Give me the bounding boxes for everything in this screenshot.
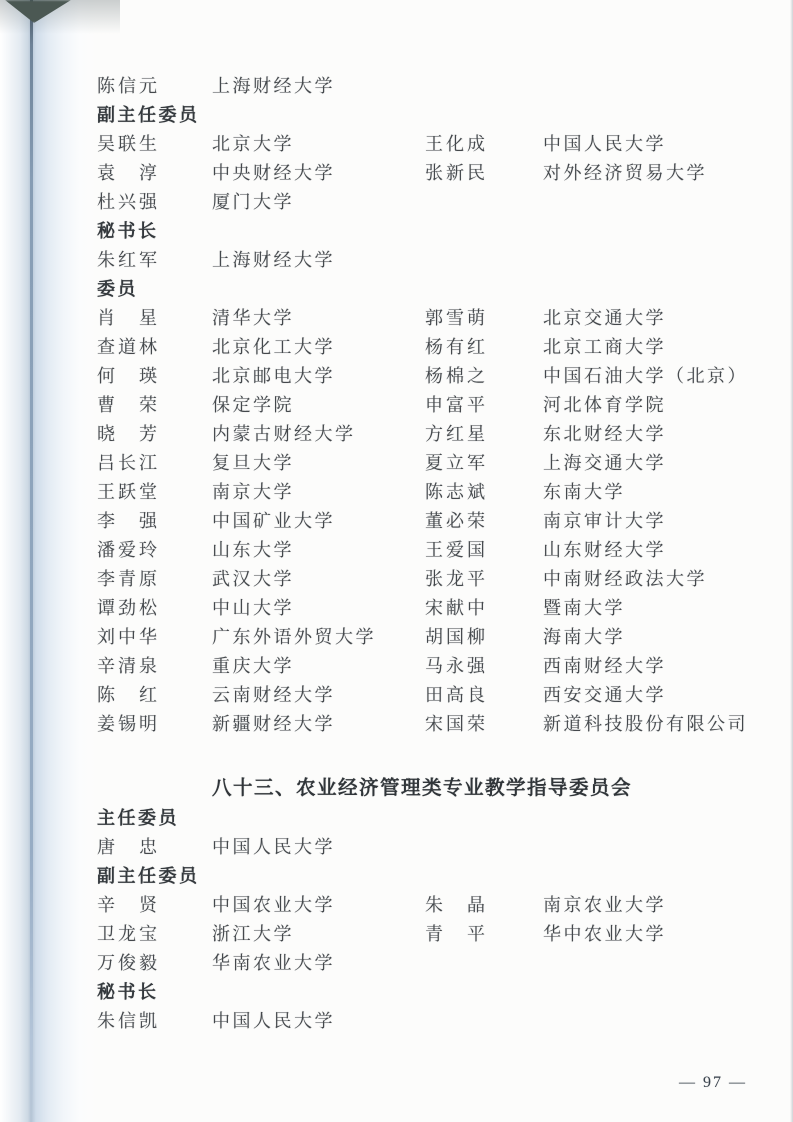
member-name: 田高良 xyxy=(425,681,488,710)
member-name: 袁 淳 xyxy=(97,159,160,188)
member-row: 卫龙宝浙江大学青 平华中农业大学 xyxy=(97,920,757,949)
page-number: — 97 — xyxy=(679,1074,747,1092)
role-heading-row: 主任委员 xyxy=(97,804,757,833)
member-name: 杜兴强 xyxy=(97,188,160,217)
member-affiliation: 新道科技股份有限公司 xyxy=(543,710,748,739)
member-row: 晓 芳内蒙古财经大学方红星东北财经大学 xyxy=(97,420,757,449)
member-affiliation: 中央财经大学 xyxy=(212,159,335,188)
member-affiliation: 南京农业大学 xyxy=(543,891,666,920)
committee-listing: 陈信元上海财经大学副主任委员吴联生北京大学王化成中国人民大学袁 淳中央财经大学张… xyxy=(97,72,757,1036)
member-row: 谭劲松中山大学宋献中暨南大学 xyxy=(97,594,757,623)
member-affiliation: 华南农业大学 xyxy=(212,949,335,978)
member-name: 王爱国 xyxy=(425,536,488,565)
member-affiliation: 保定学院 xyxy=(212,391,294,420)
member-affiliation: 浙江大学 xyxy=(212,920,294,949)
member-name: 李青原 xyxy=(97,565,160,594)
member-name: 吕长江 xyxy=(97,449,160,478)
member-name: 张新民 xyxy=(425,159,488,188)
member-row: 肖 星清华大学郭雪萌北京交通大学 xyxy=(97,304,757,333)
member-affiliation: 中山大学 xyxy=(212,594,294,623)
role-heading-row: 委员 xyxy=(97,275,757,304)
member-affiliation: 上海财经大学 xyxy=(212,246,335,275)
role-label: 主任委员 xyxy=(97,804,179,833)
member-affiliation: 海南大学 xyxy=(543,623,625,652)
member-affiliation: 北京交通大学 xyxy=(543,304,666,333)
member-affiliation: 西南财经大学 xyxy=(543,652,666,681)
member-row: 陈信元上海财经大学 xyxy=(97,72,757,101)
member-affiliation: 河北体育学院 xyxy=(543,391,666,420)
role-label: 委员 xyxy=(97,275,138,304)
role-label: 副主任委员 xyxy=(97,862,200,891)
member-name: 曹 荣 xyxy=(97,391,160,420)
member-row: 朱信凯中国人民大学 xyxy=(97,1007,757,1036)
role-heading-row: 秘书长 xyxy=(97,217,757,246)
member-name: 夏立军 xyxy=(425,449,488,478)
member-affiliation: 中国矿业大学 xyxy=(212,507,335,536)
member-name: 陈志斌 xyxy=(425,478,488,507)
member-row: 吴联生北京大学王化成中国人民大学 xyxy=(97,130,757,159)
member-row: 李青原武汉大学张龙平中南财经政法大学 xyxy=(97,565,757,594)
section-heading: 八十三、农业经济管理类专业教学指导委员会 xyxy=(97,774,747,804)
member-row: 曹 荣保定学院申富平河北体育学院 xyxy=(97,391,757,420)
member-affiliation: 广东外语外贸大学 xyxy=(212,623,376,652)
member-name: 谭劲松 xyxy=(97,594,160,623)
member-name: 郭雪萌 xyxy=(425,304,488,333)
member-affiliation: 南京大学 xyxy=(212,478,294,507)
member-row: 王跃堂南京大学陈志斌东南大学 xyxy=(97,478,757,507)
member-row: 辛清泉重庆大学马永强西南财经大学 xyxy=(97,652,757,681)
role-label: 秘书长 xyxy=(97,217,159,246)
member-name: 董必荣 xyxy=(425,507,488,536)
member-name: 王跃堂 xyxy=(97,478,160,507)
member-row: 刘中华广东外语外贸大学胡国柳海南大学 xyxy=(97,623,757,652)
member-affiliation: 华中农业大学 xyxy=(543,920,666,949)
member-name: 陈 红 xyxy=(97,681,160,710)
member-affiliation: 暨南大学 xyxy=(543,594,625,623)
member-row: 万俊毅华南农业大学 xyxy=(97,949,757,978)
member-affiliation: 东北财经大学 xyxy=(543,420,666,449)
member-affiliation: 北京化工大学 xyxy=(212,333,335,362)
member-name: 李 强 xyxy=(97,507,160,536)
member-name: 胡国柳 xyxy=(425,623,488,652)
member-name: 万俊毅 xyxy=(97,949,160,978)
role-heading-row: 副主任委员 xyxy=(97,101,757,130)
member-affiliation: 中国石油大学（北京） xyxy=(543,362,748,391)
member-name: 方红星 xyxy=(425,420,488,449)
member-affiliation: 西安交通大学 xyxy=(543,681,666,710)
member-name: 何 瑛 xyxy=(97,362,160,391)
member-affiliation: 复旦大学 xyxy=(212,449,294,478)
member-affiliation: 新疆财经大学 xyxy=(212,710,335,739)
member-name: 王化成 xyxy=(425,130,488,159)
member-name: 申富平 xyxy=(425,391,488,420)
member-name: 朱 晶 xyxy=(425,891,488,920)
member-affiliation: 上海财经大学 xyxy=(212,72,335,101)
member-name: 吴联生 xyxy=(97,130,160,159)
member-row: 何 瑛北京邮电大学杨棉之中国石油大学（北京） xyxy=(97,362,757,391)
member-affiliation: 中国人民大学 xyxy=(543,130,666,159)
member-row: 查道林北京化工大学杨有红北京工商大学 xyxy=(97,333,757,362)
member-name: 杨有红 xyxy=(425,333,488,362)
page-binding-shadow xyxy=(0,0,96,1122)
member-affiliation: 山东财经大学 xyxy=(543,536,666,565)
member-row: 杜兴强厦门大学 xyxy=(97,188,757,217)
member-affiliation: 南京审计大学 xyxy=(543,507,666,536)
member-affiliation: 内蒙古财经大学 xyxy=(212,420,356,449)
binding-fold-line xyxy=(30,0,33,1118)
role-heading-row: 秘书长 xyxy=(97,978,757,1007)
member-row: 姜锡明新疆财经大学宋国荣新道科技股份有限公司 xyxy=(97,710,757,739)
member-name: 宋献中 xyxy=(425,594,488,623)
member-affiliation: 北京大学 xyxy=(212,130,294,159)
member-affiliation: 厦门大学 xyxy=(212,188,294,217)
member-row: 唐 忠中国人民大学 xyxy=(97,833,757,862)
member-name: 卫龙宝 xyxy=(97,920,160,949)
member-affiliation: 中国人民大学 xyxy=(212,1007,335,1036)
member-row: 潘爱玲山东大学王爱国山东财经大学 xyxy=(97,536,757,565)
member-row: 吕长江复旦大学夏立军上海交通大学 xyxy=(97,449,757,478)
member-row: 袁 淳中央财经大学张新民对外经济贸易大学 xyxy=(97,159,757,188)
member-affiliation: 上海交通大学 xyxy=(543,449,666,478)
member-name: 陈信元 xyxy=(97,72,160,101)
member-name: 青 平 xyxy=(425,920,488,949)
member-name: 辛清泉 xyxy=(97,652,160,681)
member-affiliation: 北京邮电大学 xyxy=(212,362,335,391)
member-affiliation: 中国人民大学 xyxy=(212,833,335,862)
role-label: 副主任委员 xyxy=(97,101,200,130)
member-affiliation: 中南财经政法大学 xyxy=(543,565,707,594)
member-affiliation: 武汉大学 xyxy=(212,565,294,594)
member-name: 朱信凯 xyxy=(97,1007,160,1036)
member-affiliation: 北京工商大学 xyxy=(543,333,666,362)
member-name: 张龙平 xyxy=(425,565,488,594)
member-affiliation: 东南大学 xyxy=(543,478,625,507)
member-name: 刘中华 xyxy=(97,623,160,652)
member-row: 陈 红云南财经大学田高良西安交通大学 xyxy=(97,681,757,710)
member-affiliation: 对外经济贸易大学 xyxy=(543,159,707,188)
member-row: 朱红军上海财经大学 xyxy=(97,246,757,275)
member-name: 朱红军 xyxy=(97,246,160,275)
member-name: 辛 贤 xyxy=(97,891,160,920)
member-name: 杨棉之 xyxy=(425,362,488,391)
member-name: 宋国荣 xyxy=(425,710,488,739)
member-name: 姜锡明 xyxy=(97,710,160,739)
member-affiliation: 重庆大学 xyxy=(212,652,294,681)
member-name: 查道林 xyxy=(97,333,160,362)
member-row: 李 强中国矿业大学董必荣南京审计大学 xyxy=(97,507,757,536)
member-name: 晓 芳 xyxy=(97,420,160,449)
member-affiliation: 中国农业大学 xyxy=(212,891,335,920)
member-name: 马永强 xyxy=(425,652,488,681)
member-affiliation: 清华大学 xyxy=(212,304,294,333)
member-affiliation: 云南财经大学 xyxy=(212,681,335,710)
member-affiliation: 山东大学 xyxy=(212,536,294,565)
scanned-page: 陈信元上海财经大学副主任委员吴联生北京大学王化成中国人民大学袁 淳中央财经大学张… xyxy=(0,0,793,1122)
member-row: 辛 贤中国农业大学朱 晶南京农业大学 xyxy=(97,891,757,920)
member-name: 潘爱玲 xyxy=(97,536,160,565)
role-label: 秘书长 xyxy=(97,978,159,1007)
member-name: 肖 星 xyxy=(97,304,160,333)
member-name: 唐 忠 xyxy=(97,833,160,862)
role-heading-row: 副主任委员 xyxy=(97,862,757,891)
